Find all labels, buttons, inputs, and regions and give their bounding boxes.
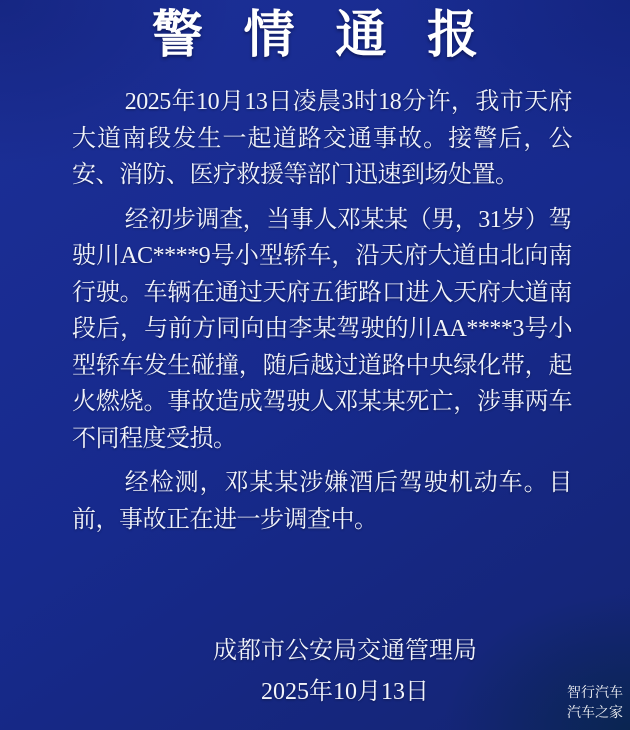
notice-paragraph-3: 经检测，邓某某涉嫌酒后驾驶机动车。目前，事故正在进一步调查中。 [72,465,572,538]
watermark-line-1: 智行汽车 [567,682,623,702]
agency-signature: 成都市公安局交通管理局 [60,638,630,664]
notice-body: 2025年10月13日凌晨3时18分许，我市天府大道南段发生一起道路交通事故。接… [72,84,572,546]
signature-block: 成都市公安局交通管理局 2025年10月13日 [0,638,630,705]
notice-paragraph-2: 经初步调查，当事人邓某某（男，31岁）驾驶川AC****9号小型轿车，沿天府大道… [72,202,572,458]
notice-title: 警 情 通 报 [0,6,630,66]
notice-paragraph-1: 2025年10月13日凌晨3时18分许，我市天府大道南段发生一起道路交通事故。接… [72,84,572,194]
watermark: 智行汽车 汽车之家 [567,682,623,722]
police-notice: 警 情 通 报 2025年10月13日凌晨3时18分许，我市天府大道南段发生一起… [0,0,630,730]
notice-date: 2025年10月13日 [60,679,630,705]
watermark-line-2: 汽车之家 [567,702,623,722]
